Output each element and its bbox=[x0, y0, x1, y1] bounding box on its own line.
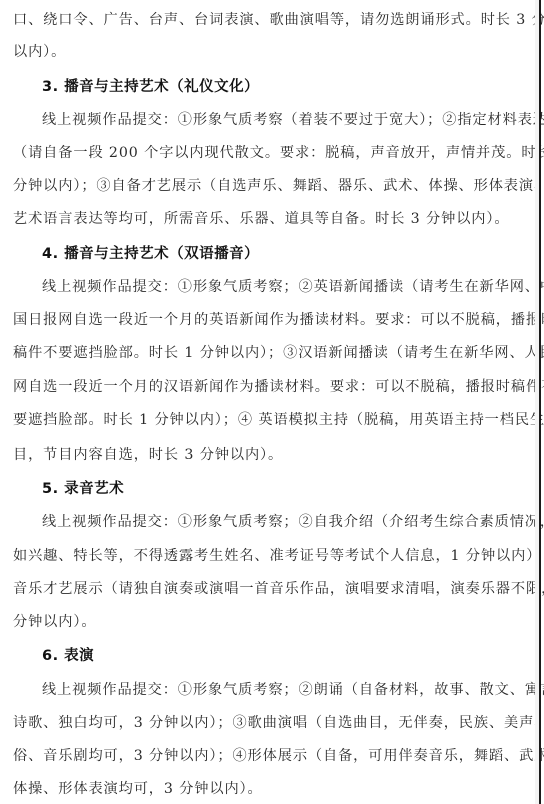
paragraph-line: 以内）。 bbox=[13, 43, 535, 61]
paragraph-line: 诗歌、独白均可，3 分钟以内）；③歌曲演唱（自选曲目，无伴奏，民族、美声、通 bbox=[13, 714, 535, 732]
paragraph-line: 线上视频作品提交：①形象气质考察；②英语新闻播读（请考生在新华网、中 bbox=[42, 278, 535, 296]
paragraph-line: 国日报网自选一段近一个月的英语新闻作为播读材料。要求：可以不脱稿，播报时 bbox=[13, 311, 535, 329]
section-heading-6: 6. 表演 bbox=[42, 647, 94, 665]
paragraph-line: 线上视频作品提交：①形象气质考察；②自我介绍（介绍考生综合素质情况， bbox=[42, 513, 535, 531]
paragraph-line: （请自备一段 200 个字以内现代散文。要求：脱稿，声音放开，声情并茂。时长 1 bbox=[13, 144, 535, 162]
paragraph-line: 线上视频作品提交：①形象气质考察（着装不要过于宽大）；②指定材料表达 bbox=[42, 111, 535, 129]
document-page: 口、绕口令、广告、台声、台词表演、歌曲演唱等，请勿选朗诵形式。时长 3 分钟 以… bbox=[0, 0, 544, 804]
paragraph-line: 分钟以内）。 bbox=[13, 613, 535, 631]
section-heading-4: 4. 播音与主持艺术（双语播音） bbox=[42, 245, 259, 263]
paragraph-line: 线上视频作品提交：①形象气质考察；②朗诵（自备材料，故事、散文、寓言、 bbox=[42, 681, 535, 699]
paragraph-line: 艺术语言表达等均可，所需音乐、乐器、道具等自备。时长 3 分钟以内）。 bbox=[13, 210, 535, 228]
section-heading-3: 3. 播音与主持艺术（礼仪文化） bbox=[42, 78, 259, 96]
paragraph-line: 稿件不要遮挡脸部。时长 1 分钟以内）；③汉语新闻播读（请考生在新华网、人民 bbox=[13, 344, 535, 362]
paragraph-line: 如兴趣、特长等，不得透露考生姓名、准考证号等考试个人信息，1 分钟以内）；③ bbox=[13, 547, 535, 565]
page-edge-rule bbox=[539, 0, 541, 804]
paragraph-line: 分钟以内）；③自备才艺展示（自选声乐、舞蹈、器乐、武术、体操、形体表演、 bbox=[13, 177, 535, 195]
paragraph-line: 网自选一段近一个月的汉语新闻作为播读材料。要求：可以不脱稿，播报时稿件不 bbox=[13, 378, 535, 396]
section-heading-5: 5. 录音艺术 bbox=[42, 480, 124, 498]
paragraph-line: 俗、音乐剧均可，3 分钟以内）；④形体展示（自备，可用伴奏音乐，舞蹈、武术、 bbox=[13, 747, 535, 765]
paragraph-line: 口、绕口令、广告、台声、台词表演、歌曲演唱等，请勿选朗诵形式。时长 3 分钟 bbox=[13, 11, 535, 29]
paragraph-line: 要遮挡脸部。时长 1 分钟以内）；④ 英语模拟主持（脱稿，用英语主持一档民生节 bbox=[13, 411, 535, 429]
paragraph-line: 音乐才艺展示（请独自演奏或演唱一首音乐作品，演唱要求清唱，演奏乐器不限，5 bbox=[13, 580, 535, 598]
paragraph-line: 体操、形体表演均可，3 分钟以内）。 bbox=[13, 780, 535, 798]
paragraph-line: 目，节目内容自选，时长 3 分钟以内）。 bbox=[13, 446, 535, 464]
